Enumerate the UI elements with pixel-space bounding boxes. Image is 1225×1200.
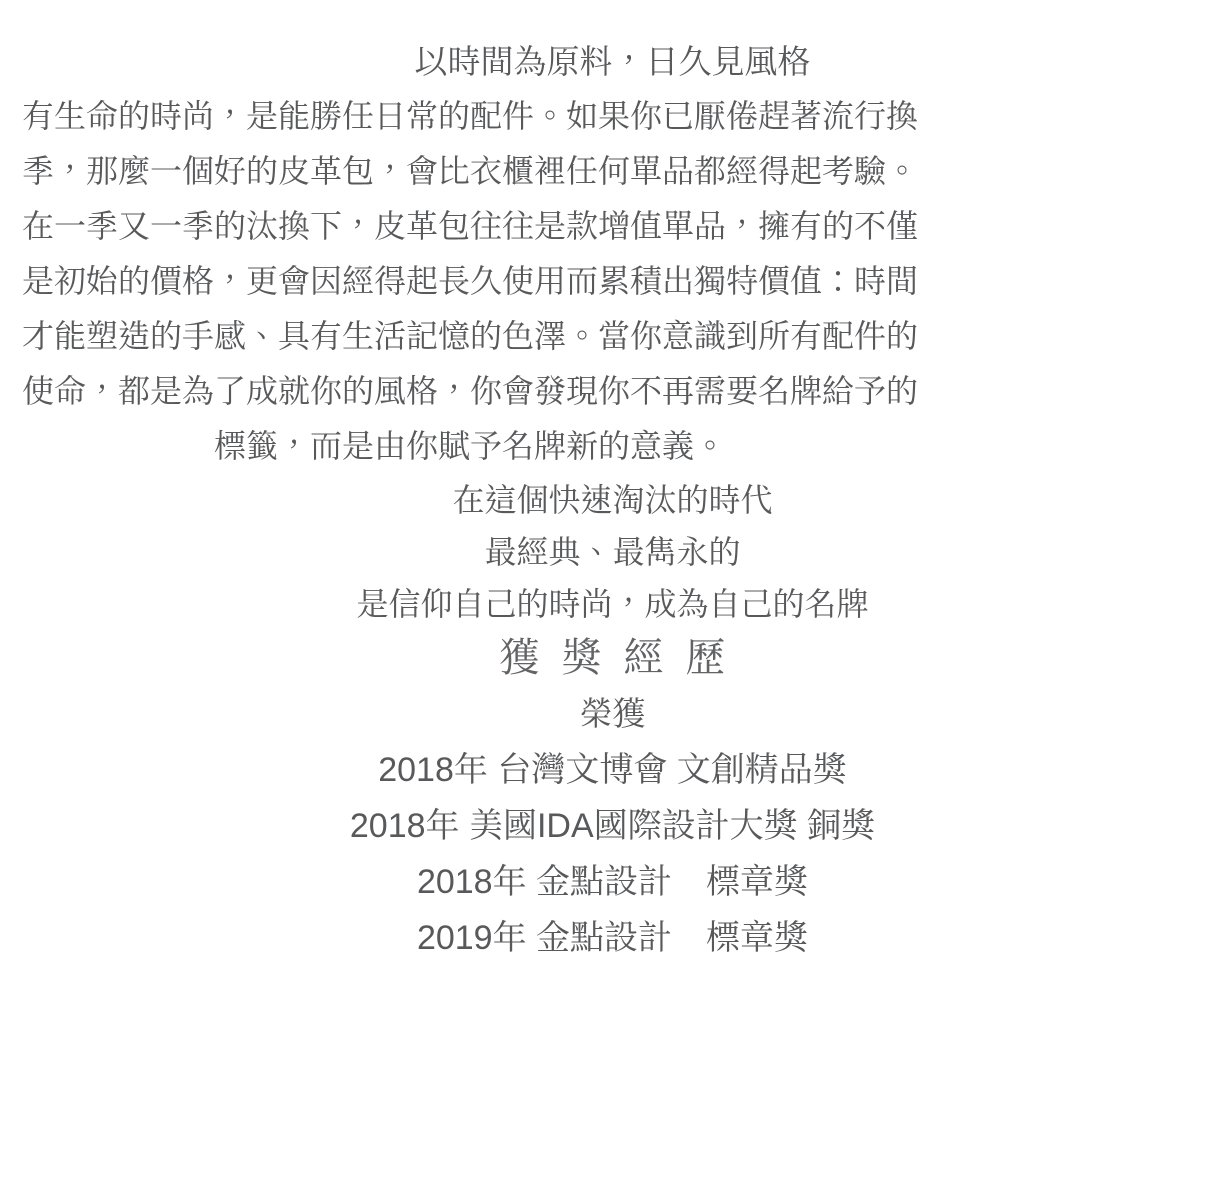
slogan-section: 在這個快速淘汰的時代 最經典、最雋永的 是信仰自己的時尚，成為自己的名牌 xyxy=(0,474,1225,630)
intro-paragraph: 有生命的時尚，是能勝任日常的配件。如果你已厭倦趕著流行換 季，那麼一個好的皮革包… xyxy=(0,89,940,474)
product-description-page: 以時間為原料，日久見風格 有生命的時尚，是能勝任日常的配件。如果你已厭倦趕著流行… xyxy=(0,0,1225,1200)
slogan-text: 在這個快速淘汰的時代 最經典、最雋永的 是信仰自己的時尚，成為自己的名牌 xyxy=(0,474,1225,630)
awards-intro: 榮獲 xyxy=(0,686,1225,742)
intro-section: 以時間為原料，日久見風格 有生命的時尚，是能勝任日常的配件。如果你已厭倦趕著流行… xyxy=(0,34,1225,474)
intro-title: 以時間為原料，日久見風格 xyxy=(0,34,1225,89)
award-item: 2018年 金點設計 標章獎 xyxy=(0,854,1225,910)
awards-section: 獲獎經歷 榮獲 2018年 台灣文博會 文創精品獎 2018年 美國IDA國際設… xyxy=(0,630,1225,966)
awards-list: 2018年 台灣文博會 文創精品獎 2018年 美國IDA國際設計大獎 銅獎 2… xyxy=(0,742,1225,966)
awards-heading: 獲獎經歷 xyxy=(0,630,1225,686)
award-item: 2018年 台灣文博會 文創精品獎 xyxy=(0,742,1225,798)
award-item: 2019年 金點設計 標章獎 xyxy=(0,910,1225,966)
award-item: 2018年 美國IDA國際設計大獎 銅獎 xyxy=(0,798,1225,854)
